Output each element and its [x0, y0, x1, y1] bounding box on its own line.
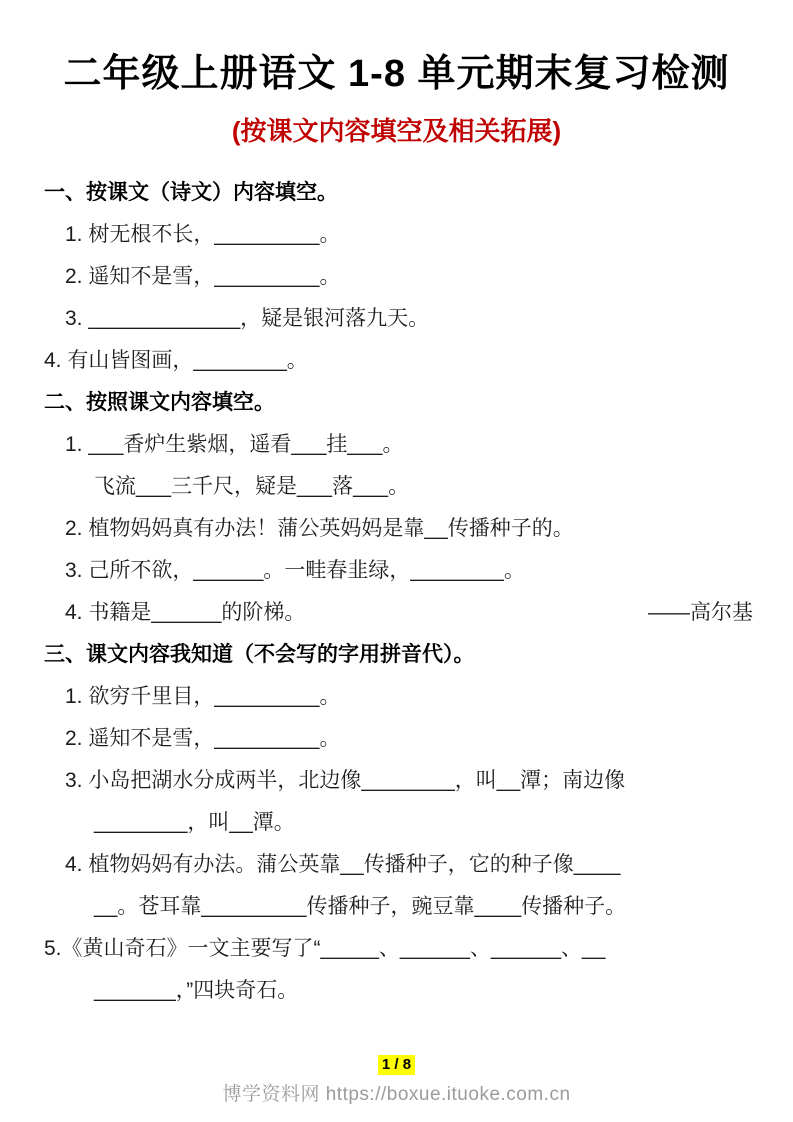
question-line: 3. 小岛把湖水分成两半，北边像________，叫__潭；南边像	[65, 760, 753, 802]
author-attribution: ——高尔基	[648, 592, 753, 634]
question-line: 2. 遥知不是雪，_________。	[65, 718, 753, 760]
question-line: 3. _____________，疑是银河落九天。	[65, 298, 753, 340]
page-title: 二年级上册语文 1-8 单元期末复习检测	[0, 42, 793, 97]
page-footer: 1 / 8 博学资料网 https://boxue.ituoke.com.cn	[0, 1055, 793, 1106]
section-2-heading: 二、按照课文内容填空。	[44, 382, 753, 424]
question-line-continuation: 飞流___三千尺，疑是___落___。	[94, 466, 753, 508]
watermark-url: 博学资料网 https://boxue.ituoke.com.cn	[0, 1079, 793, 1106]
section-1-heading: 一、按课文（诗文）内容填空。	[44, 172, 753, 214]
page-number-badge: 1 / 8	[378, 1055, 415, 1075]
question-line-continuation: __。苍耳靠_________传播种子，豌豆靠____传播种子。	[94, 886, 753, 928]
question-line: 2. 植物妈妈真有办法！蒲公英妈妈是靠__传播种子的。	[65, 508, 753, 550]
question-line: 4. 植物妈妈有办法。蒲公英靠__传播种子，它的种子像____	[65, 844, 753, 886]
question-line: 3. 己所不欲，______。一畦春韭绿，________。	[65, 550, 753, 592]
question-line: 4. 有山皆图画，________。	[44, 340, 753, 382]
worksheet-page: 二年级上册语文 1-8 单元期末复习检测 (按课文内容填空及相关拓展) 一、按课…	[0, 0, 793, 1122]
question-line: 5.《黄山奇石》一文主要写了“_____、______、______、__	[44, 928, 753, 970]
question-text: 4. 书籍是______的阶梯。	[65, 592, 305, 634]
question-line: 1. ___香炉生紫烟，遥看___挂___。	[65, 424, 753, 466]
question-line: 1. 欲穷千里目，_________。	[65, 676, 753, 718]
section-3-heading: 三、课文内容我知道（不会写的字用拼音代）。	[44, 634, 753, 676]
question-line-continuation: _______，”四块奇石。	[94, 970, 753, 1012]
question-line: 4. 书籍是______的阶梯。 ——高尔基	[65, 592, 753, 634]
question-line: 1. 树无根不长，_________。	[65, 214, 753, 256]
question-line: 2. 遥知不是雪，_________。	[65, 256, 753, 298]
question-line-continuation: ________，叫__潭。	[94, 802, 753, 844]
page-subtitle: (按课文内容填空及相关拓展)	[0, 111, 793, 148]
worksheet-content: 一、按课文（诗文）内容填空。 1. 树无根不长，_________。 2. 遥知…	[0, 172, 793, 1012]
